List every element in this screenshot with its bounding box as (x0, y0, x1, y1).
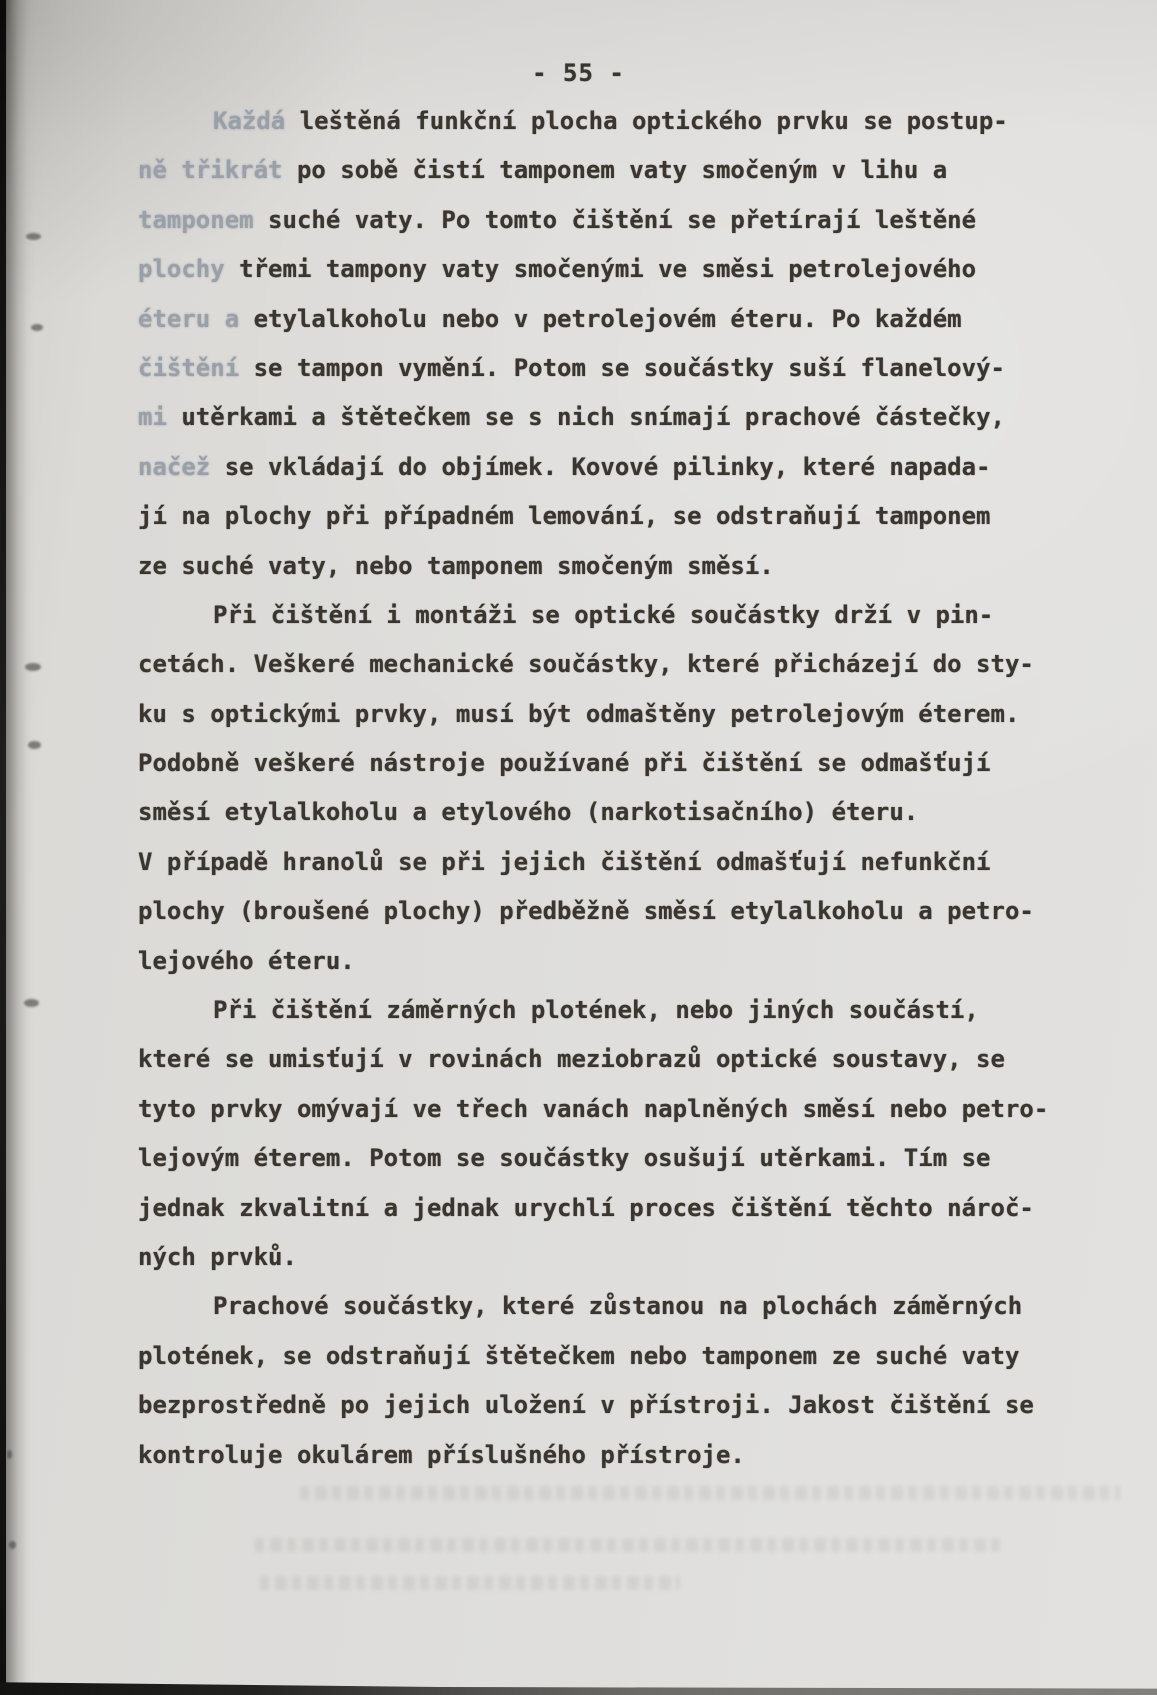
text-line: ze suché vaty, nebo tamponem smočeným sm… (138, 542, 1048, 591)
text-line: které se umisťují v rovinách meziobrazů … (138, 1035, 1048, 1084)
ghost-text-line (300, 1486, 1120, 1500)
text-line: bezprostředně po jejich uložení v přístr… (138, 1381, 1048, 1430)
text-line: plochy třemi tampony vaty smočenými ve s… (138, 245, 1048, 294)
margin-speck (7, 1450, 12, 1459)
line-text: Při čištění i montáži se optické součást… (213, 601, 993, 629)
line-text: tyto prvky omývají ve třech vanách napln… (138, 1095, 1048, 1123)
text-line: kontroluje okulárem příslušného přístroj… (138, 1431, 1048, 1480)
line-text: které se umisťují v rovinách meziobrazů … (138, 1045, 1005, 1073)
text-line: ně třikrát po sobě čistí tamponem vaty s… (138, 146, 1048, 195)
line-text: Při čištění záměrných plotének, nebo jin… (213, 996, 979, 1024)
faded-word: mi (138, 403, 167, 431)
margin-speck (28, 741, 41, 749)
faded-word: tamponem (138, 206, 254, 234)
faded-word: načež (138, 453, 210, 481)
line-text: etylalkoholu nebo v petrolejovém éteru. … (239, 305, 961, 333)
text-line: mi utěrkami a štětečkem se s nich snímaj… (138, 393, 1048, 442)
scan-bottom-edge (0, 1679, 1157, 1695)
line-text: třemi tampony vaty smočenými ve směsi pe… (225, 255, 976, 283)
margin-speck (9, 1541, 16, 1549)
line-text: se vkládají do objímek. Kovové pilinky, … (210, 453, 990, 481)
text-line: čištění se tampon vymění. Potom se součá… (138, 344, 1048, 393)
text-line: lejového éteru. (138, 937, 1048, 986)
line-text: se tampon vymění. Potom se součástky suš… (239, 354, 1005, 382)
line-text: plotének, se odstraňují štětečkem nebo t… (138, 1342, 1019, 1370)
faded-word: plochy (138, 255, 225, 283)
text-line: směsí etylalkoholu a etylového (narkotis… (138, 788, 1048, 837)
text-line: ku s optickými prvky, musí být odmaštěny… (138, 690, 1048, 739)
line-text: směsí etylalkoholu a etylového (narkotis… (138, 798, 918, 826)
line-text: ných prvků. (138, 1243, 297, 1271)
line-text: Podobně veškeré nástroje používané při č… (138, 749, 991, 777)
document-body: Každá leštěná funkční plocha optického p… (138, 97, 1048, 1480)
text-line: ných prvků. (138, 1233, 1048, 1282)
text-line: éteru a etylalkoholu nebo v petrolejovém… (138, 295, 1048, 344)
margin-speck (31, 324, 43, 331)
line-text: plochy (broušené plochy) předběžně směsí… (138, 897, 1034, 925)
text-line: tamponem suché vaty. Po tomto čištění se… (138, 196, 1048, 245)
faded-word: Každá (213, 107, 285, 135)
text-line: V případě hranolů se při jejich čištění … (138, 838, 1048, 887)
faded-word: čištění (138, 354, 239, 382)
line-text: ze suché vaty, nebo tamponem smočeným sm… (138, 552, 774, 580)
text-line: lejovým éterem. Potom se součástky osušu… (138, 1134, 1048, 1183)
line-text: jí na plochy při případném lemování, se … (138, 502, 991, 530)
ghost-text-line (255, 1538, 1005, 1552)
text-line: jednak zkvalitní a jednak urychlí proces… (138, 1184, 1048, 1233)
ghost-text-line (260, 1576, 680, 1590)
line-text: lejovým éterem. Potom se součástky osušu… (138, 1144, 991, 1172)
text-line: tyto prvky omývají ve třech vanách napln… (138, 1085, 1048, 1134)
text-line: Při čištění i montáži se optické součást… (138, 591, 1048, 640)
scanned-document-page: - 55 - Každá leštěná funkční plocha opti… (0, 0, 1157, 1695)
text-line: cetách. Veškeré mechanické součástky, kt… (138, 640, 1048, 689)
text-line: načež se vkládají do objímek. Kovové pil… (138, 443, 1048, 492)
text-line: plotének, se odstraňují štětečkem nebo t… (138, 1332, 1048, 1381)
line-text: bezprostředně po jejich uložení v přístr… (138, 1391, 1034, 1419)
line-text: jednak zkvalitní a jednak urychlí proces… (138, 1194, 1034, 1222)
margin-speck (25, 663, 41, 671)
text-line: Každá leštěná funkční plocha optického p… (138, 97, 1048, 146)
text-line: Podobně veškeré nástroje používané při č… (138, 739, 1048, 788)
margin-speck (24, 999, 39, 1007)
line-text: suché vaty. Po tomto čištění se přetíraj… (254, 206, 976, 234)
line-text: utěrkami a štětečkem se s nich snímají p… (167, 403, 1005, 431)
line-text: leštěná funkční plocha optického prvku s… (285, 107, 1007, 135)
text-line: Prachové součástky, které zůstanou na pl… (138, 1282, 1048, 1331)
line-text: Prachové součástky, které zůstanou na pl… (213, 1292, 1022, 1320)
line-text: kontroluje okulárem příslušného přístroj… (138, 1441, 745, 1469)
line-text: cetách. Veškeré mechanické součástky, kt… (138, 650, 1034, 678)
text-line: plochy (broušené plochy) předběžně směsí… (138, 887, 1048, 936)
text-line: Při čištění záměrných plotének, nebo jin… (138, 986, 1048, 1035)
line-text: V případě hranolů se při jejich čištění … (138, 848, 991, 876)
faded-word: ně třikrát (138, 156, 283, 184)
page-number: - 55 - (0, 57, 1157, 89)
line-text: po sobě čistí tamponem vaty smočeným v l… (283, 156, 948, 184)
scan-left-shadow (6, 0, 34, 1695)
text-line: jí na plochy při případném lemování, se … (138, 492, 1048, 541)
line-text: ku s optickými prvky, musí být odmaštěny… (138, 700, 1019, 728)
line-text: lejového éteru. (138, 947, 355, 975)
margin-speck (26, 233, 41, 240)
faded-word: éteru a (138, 305, 239, 333)
